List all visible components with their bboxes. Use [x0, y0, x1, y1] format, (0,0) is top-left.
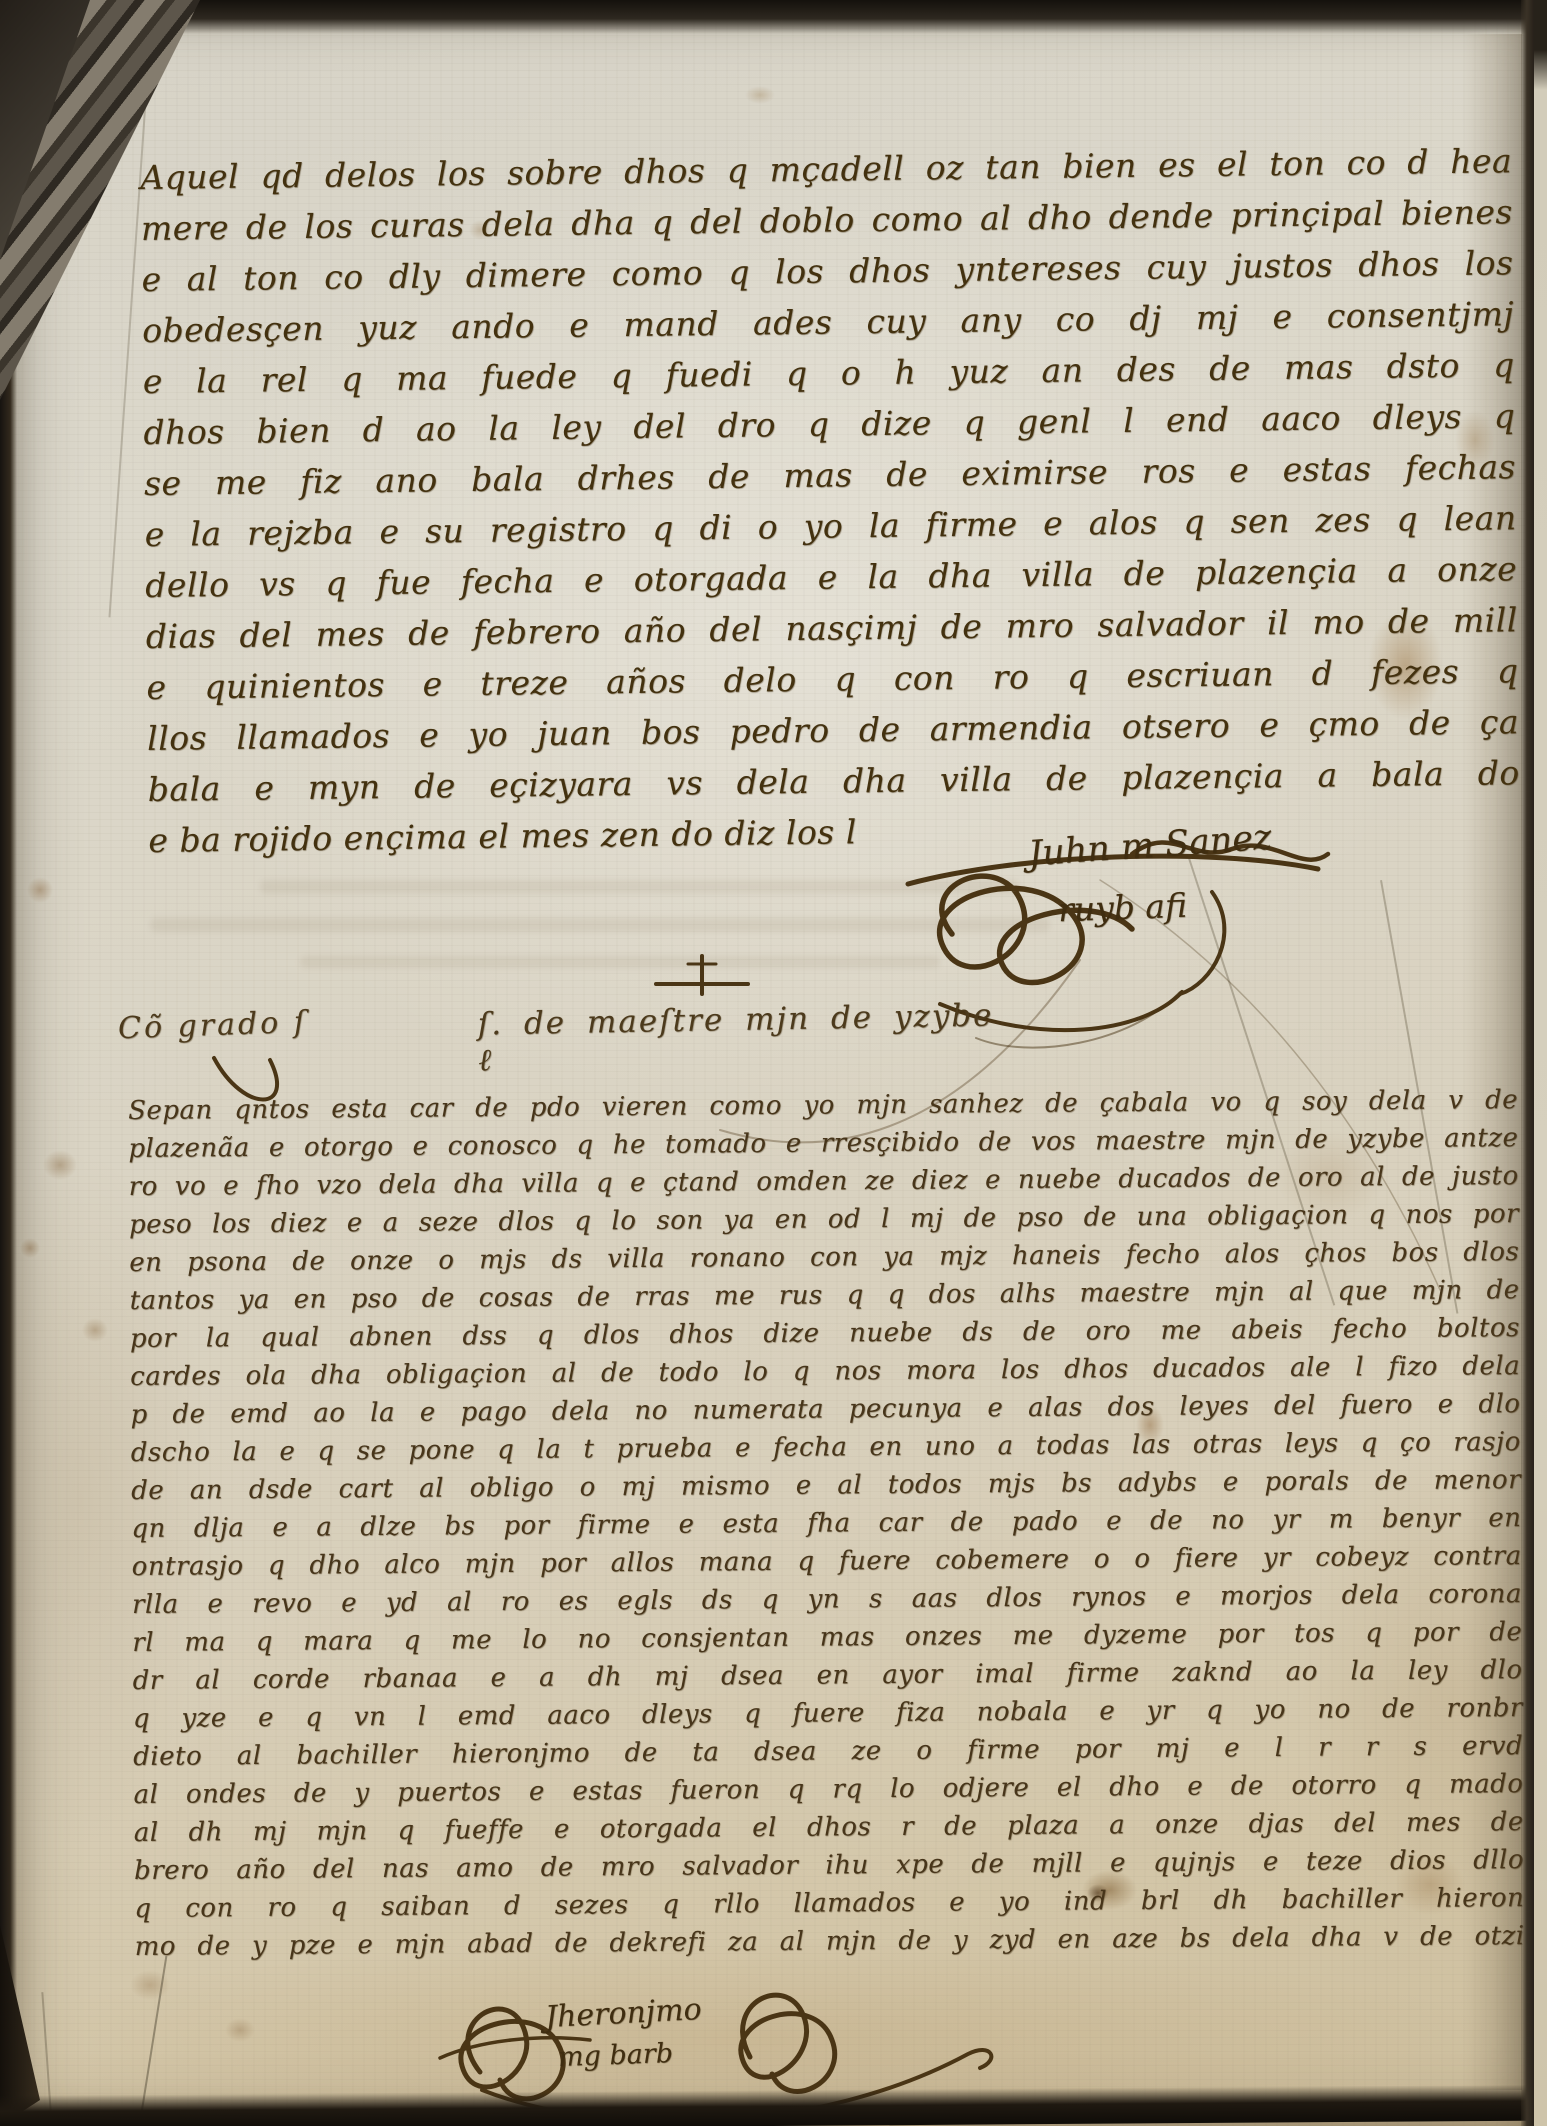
text-block-lower: Sepan qntos esta car de pdo vieren como …: [128, 1081, 1525, 1966]
manuscript-scan-page: Aquel qd delos los sobre dhos q mçadell …: [0, 0, 1547, 2126]
manuscript-paper: Aquel qd delos los sobre dhos q mçadell …: [0, 0, 1533, 2126]
text-block-upper: Aquel qd delos los sobre dhos q mçadell …: [140, 135, 1521, 866]
book-edge-top: [0, 0, 1547, 34]
witness-signature-rubric: mg barb: [557, 2038, 673, 2073]
cross-mark-icon: [648, 948, 758, 1006]
page-gap-shadow: [1521, 0, 1534, 2126]
margin-note: Cõ grado ſ: [117, 1005, 308, 1047]
section-heading: ſ. de maeſtre mjn de yzybe ℓ: [477, 997, 998, 1078]
next-page-sliver: [1534, 0, 1547, 2126]
